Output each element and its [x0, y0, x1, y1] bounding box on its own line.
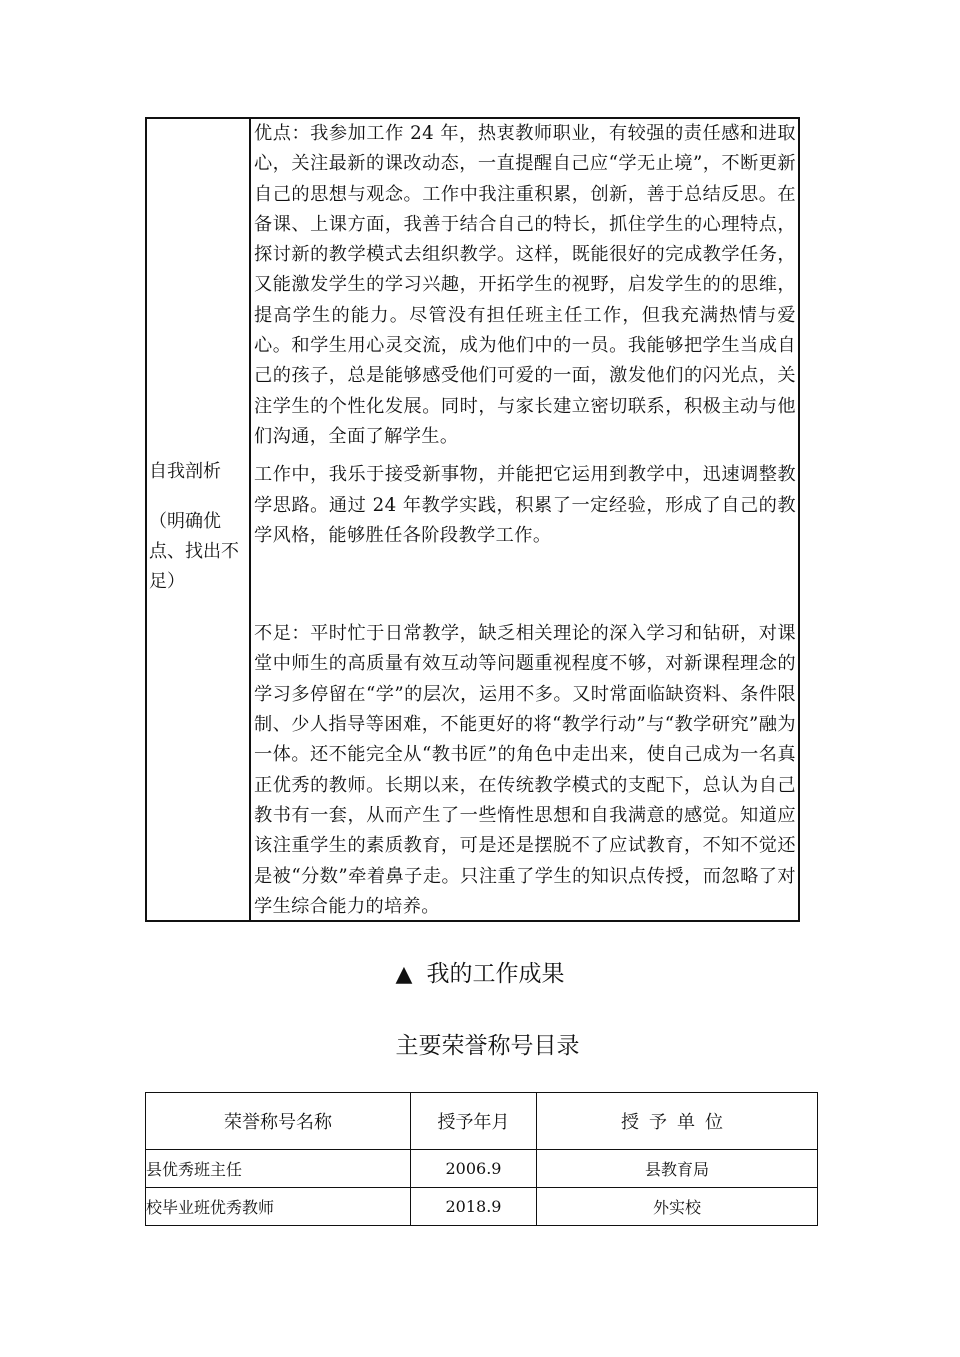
header-date: 授予年月 — [411, 1093, 537, 1150]
honors-table: 荣誉称号名称 授予年月 授予单位 县优秀班主任 2006.9 县教育局 校毕业班… — [145, 1092, 818, 1226]
honors-title: 主要荣誉称号目录 — [0, 1027, 960, 1060]
triangle-icon: ▲ — [396, 962, 413, 987]
self-analysis-sublabel: （明确优点、找出不足） — [149, 507, 249, 597]
self-analysis-table: 自我剖析 （明确优点、找出不足） 优点：我参加工作 24 年，热衷教师职业，有较… — [145, 117, 800, 922]
self-analysis-label-cell: 自我剖析 （明确优点、找出不足） — [147, 119, 251, 920]
header-issuer: 授予单位 — [537, 1093, 818, 1150]
weaknesses-paragraph: 不足：平时忙于日常教学，缺乏相关理论的深入学习和钻研，对课堂中师生的高质量有效互… — [254, 619, 796, 922]
section-heading: ▲我的工作成果 — [0, 955, 960, 988]
section-title: 我的工作成果 — [426, 961, 564, 987]
honor-date: 2018.9 — [411, 1188, 537, 1226]
strengths-paragraph: 优点：我参加工作 24 年，热衷教师职业，有较强的责任感和进取心，关注最新的课改… — [254, 119, 796, 452]
self-analysis-label: 自我剖析 — [149, 459, 221, 485]
self-analysis-content-cell: 优点：我参加工作 24 年，热衷教师职业，有较强的责任感和进取心，关注最新的课改… — [251, 119, 798, 920]
honor-issuer: 外实校 — [537, 1188, 818, 1226]
header-honor-name: 荣誉称号名称 — [146, 1093, 411, 1150]
honors-header-row: 荣誉称号名称 授予年月 授予单位 — [146, 1093, 818, 1150]
table-row: 校毕业班优秀教师 2018.9 外实校 — [146, 1188, 818, 1226]
honor-name: 校毕业班优秀教师 — [146, 1188, 411, 1226]
honor-issuer: 县教育局 — [537, 1150, 818, 1188]
table-row: 县优秀班主任 2006.9 县教育局 — [146, 1150, 818, 1188]
honor-date: 2006.9 — [411, 1150, 537, 1188]
work-paragraph: 工作中，我乐于接受新事物，并能把它运用到教学中，迅速调整教学思路。通过 24 年… — [254, 460, 796, 551]
honor-name: 县优秀班主任 — [146, 1150, 411, 1188]
